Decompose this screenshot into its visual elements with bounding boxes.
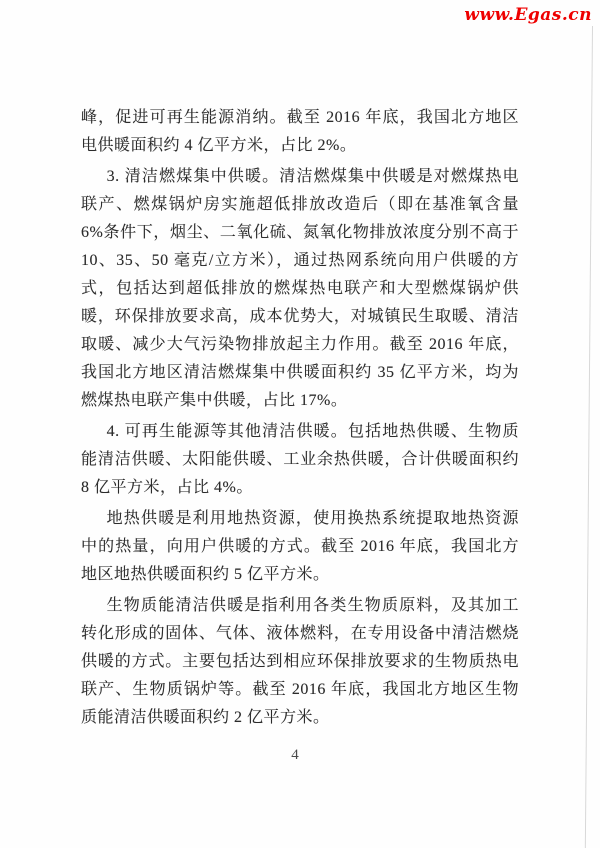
document-page: www.Egas.cn 峰，促进可再生能源消纳。截至 2016 年底，我国北方地… bbox=[0, 0, 600, 848]
paragraph-biomass: 生物质能清洁供暖是指利用各类生物质原料，及其加工转化形成的固体、气体、液体燃料，… bbox=[81, 592, 519, 732]
site-watermark: www.Egas.cn bbox=[0, 5, 592, 25]
paragraph-geothermal: 地热供暖是利用地热资源，使用换热系统提取地热资源中的热量，向用户供暖的方式。截至… bbox=[81, 505, 519, 589]
document-body: 峰，促进可再生能源消纳。截至 2016 年底，我国北方地区电供暖面积约 4 亿平… bbox=[81, 104, 519, 732]
page-number: 4 bbox=[0, 745, 590, 765]
paragraph-item-4-renewables: 4. 可再生能源等其他清洁供暖。包括地热供暖、生物质能清洁供暖、太阳能供暖、工业… bbox=[81, 418, 519, 502]
paragraph-continuation: 峰，促进可再生能源消纳。截至 2016 年底，我国北方地区电供暖面积约 4 亿平… bbox=[81, 104, 519, 160]
paragraph-item-3-clean-coal: 3. 清洁燃煤集中供暖。清洁燃煤集中供暖是对燃煤热电联产、燃煤锅炉房实施超低排放… bbox=[81, 163, 519, 415]
scan-artifact-line bbox=[585, 26, 593, 848]
